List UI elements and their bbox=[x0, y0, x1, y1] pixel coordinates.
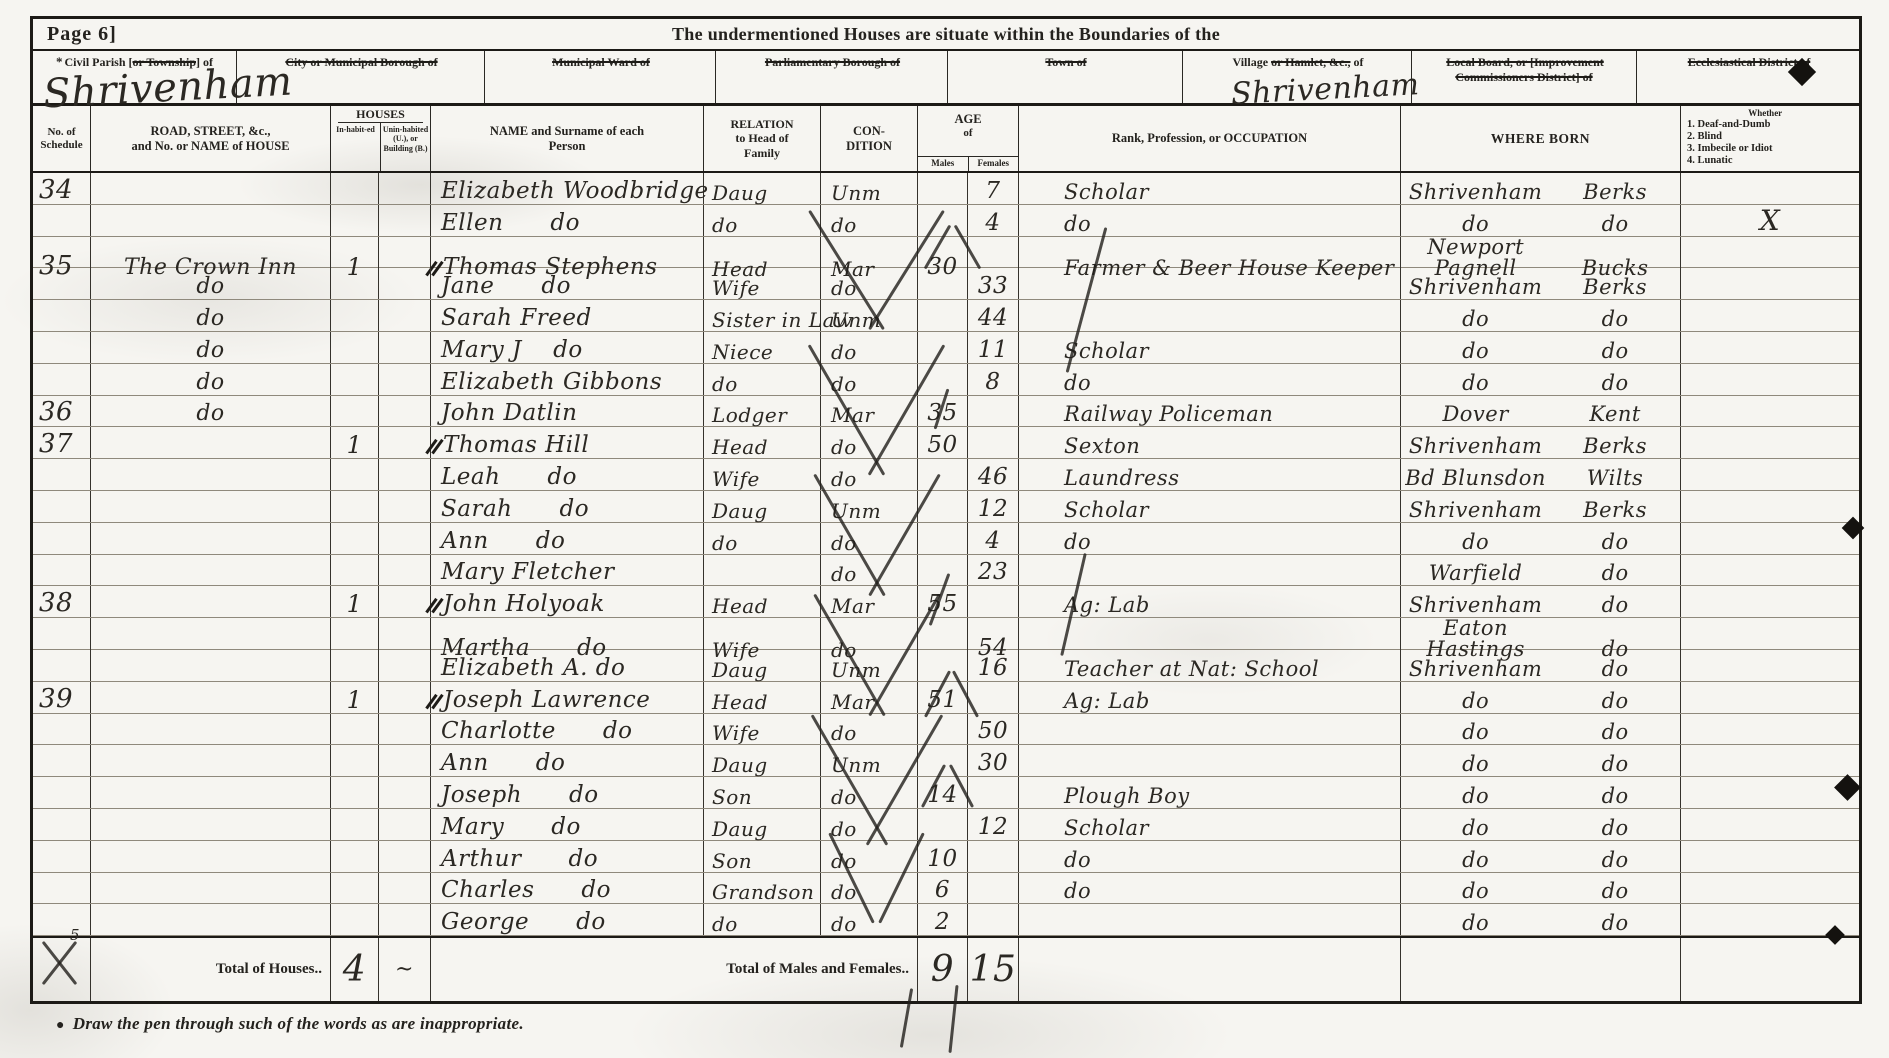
cell-road bbox=[91, 459, 331, 490]
cell-inhab bbox=[331, 268, 379, 299]
table-row: 35The Crown Inn1Thomas StephensHeadMar30… bbox=[33, 237, 1859, 269]
born-county: Kent bbox=[1550, 404, 1680, 425]
person-name: Mary J do bbox=[441, 339, 583, 362]
cell-uninhab bbox=[379, 873, 431, 904]
table-row: Martha doWifedo54Eaton Hastingsdo bbox=[33, 618, 1859, 650]
cell-name: Charles do bbox=[431, 873, 704, 904]
location-cell: Parliamentary Borough of bbox=[716, 51, 948, 103]
born-place: do bbox=[1401, 754, 1550, 775]
cell-relation: Daug bbox=[704, 745, 821, 776]
totals-houses-value: 4 bbox=[331, 938, 379, 1001]
cell-relation: Sister in Law bbox=[704, 300, 821, 331]
table-row: doSarah FreedSister in LawUnm44dodo bbox=[33, 300, 1859, 332]
born-county: do bbox=[1550, 341, 1680, 362]
cell-age-m bbox=[918, 173, 968, 204]
cell-relation: do bbox=[704, 904, 821, 935]
cell-age-f: 4 bbox=[968, 523, 1019, 554]
cell-uninhab bbox=[379, 173, 431, 204]
location-cell: *Civil Parish [or Township] ofShrivenham bbox=[33, 51, 237, 103]
cell-schedule bbox=[33, 650, 91, 681]
cell-age-m bbox=[918, 300, 968, 331]
house-start-mark bbox=[427, 598, 441, 616]
cell-name: Mary Fletcher bbox=[431, 555, 704, 586]
cell-road bbox=[91, 205, 331, 236]
table-row: doMary J doNiecedo11Scholardodo bbox=[33, 332, 1859, 364]
cell-occupation: do bbox=[1019, 523, 1401, 554]
cell-whether bbox=[1681, 650, 1859, 681]
cell-inhab: 1 bbox=[331, 427, 379, 458]
page-number-label: Page 6] bbox=[47, 23, 117, 46]
cell-inhab bbox=[331, 300, 379, 331]
cell-road bbox=[91, 809, 331, 840]
cell-uninhab bbox=[379, 650, 431, 681]
table-row: Arthur doSondo10dododo bbox=[33, 841, 1859, 873]
cell-occupation: Railway Policeman bbox=[1019, 396, 1401, 427]
location-label: Local Board, or [Improvement Commissione… bbox=[1416, 54, 1632, 85]
column-relation-line1: RELATION bbox=[730, 117, 793, 131]
location-label: Parliamentary Borough of bbox=[720, 54, 943, 70]
born-county: do bbox=[1550, 850, 1680, 871]
cell-name: Elizabeth Gibbons bbox=[431, 364, 704, 395]
born-county: do bbox=[1550, 786, 1680, 807]
cell-age-m bbox=[918, 523, 968, 554]
person-name: Ellen do bbox=[441, 212, 580, 235]
column-schedule-line1: No. of bbox=[47, 126, 75, 139]
cell-name: Ann do bbox=[431, 745, 704, 776]
cell-age-m bbox=[918, 555, 968, 586]
person-name: Thomas Hill bbox=[443, 434, 589, 457]
born-county: do bbox=[1550, 691, 1680, 712]
cell-born: dodo bbox=[1401, 777, 1681, 808]
column-houses-inhabited: In-habit-ed bbox=[331, 123, 381, 171]
cell-name: Joseph do bbox=[431, 777, 704, 808]
cell-occupation: Sexton bbox=[1019, 427, 1401, 458]
cell-schedule bbox=[33, 841, 91, 872]
cell-age-f bbox=[968, 777, 1019, 808]
cell-name: Joseph Lawrence bbox=[431, 682, 704, 713]
cell-relation: Wife bbox=[704, 459, 821, 490]
born-place: do bbox=[1401, 341, 1550, 362]
cell-inhab bbox=[331, 205, 379, 236]
table-row: Ann doDaugUnm30dodo bbox=[33, 745, 1859, 777]
column-where-born: WHERE BORN bbox=[1401, 106, 1681, 171]
table-row: Joseph doSondo14Plough Boydodo bbox=[33, 777, 1859, 809]
column-condition-line1: CON- bbox=[853, 124, 885, 139]
totals-row: Total of Houses.. 4 ~ Total of Males and… bbox=[33, 936, 1859, 1001]
person-name: Elizabeth Woodbridge bbox=[441, 180, 709, 203]
person-name: John Holyoak bbox=[443, 593, 605, 616]
cell-uninhab bbox=[379, 745, 431, 776]
cell-inhab bbox=[331, 523, 379, 554]
cell-born: ShrivenhamBerks bbox=[1401, 268, 1681, 299]
cell-uninhab bbox=[379, 841, 431, 872]
column-occupation-label: Rank, Profession, or OCCUPATION bbox=[1112, 131, 1307, 146]
column-occupation: Rank, Profession, or OCCUPATION bbox=[1019, 106, 1401, 171]
cell-relation: Son bbox=[704, 777, 821, 808]
cell-relation bbox=[704, 555, 821, 586]
cell-uninhab bbox=[379, 332, 431, 363]
cell-inhab bbox=[331, 555, 379, 586]
cell-age-f: 46 bbox=[968, 459, 1019, 490]
cell-age-m bbox=[918, 268, 968, 299]
cell-whether bbox=[1681, 586, 1859, 617]
cell-whether bbox=[1681, 523, 1859, 554]
cell-inhab bbox=[331, 904, 379, 935]
person-name: Mary Fletcher bbox=[441, 561, 615, 584]
person-name: Elizabeth Gibbons bbox=[441, 371, 662, 394]
table-row: Ann dododo4dododo bbox=[33, 523, 1859, 555]
footnote-bullet-icon: ● bbox=[56, 1018, 65, 1033]
column-name-line2: Person bbox=[549, 139, 586, 154]
born-place: do bbox=[1401, 691, 1550, 712]
cell-uninhab bbox=[379, 205, 431, 236]
cell-age-f bbox=[968, 904, 1019, 935]
cell-schedule bbox=[33, 205, 91, 236]
born-place: do bbox=[1401, 850, 1550, 871]
cell-uninhab bbox=[379, 491, 431, 522]
born-county: do bbox=[1550, 373, 1680, 394]
born-county: Berks bbox=[1550, 182, 1680, 203]
born-place: do bbox=[1401, 722, 1550, 743]
cell-whether bbox=[1681, 491, 1859, 522]
cell-schedule bbox=[33, 777, 91, 808]
cell-whether bbox=[1681, 173, 1859, 204]
cell-whether bbox=[1681, 555, 1859, 586]
cell-road bbox=[91, 904, 331, 935]
cell-road bbox=[91, 714, 331, 745]
cell-road: do bbox=[91, 364, 331, 395]
born-place: Shrivenham bbox=[1401, 436, 1550, 457]
totals-males-value: 9 bbox=[918, 938, 968, 1001]
column-condition-line2: DITION bbox=[846, 139, 892, 154]
column-age-group: AGE of Males Females bbox=[918, 106, 1019, 171]
cell-whether bbox=[1681, 268, 1859, 299]
cell-schedule bbox=[33, 364, 91, 395]
cell-schedule: 39 bbox=[33, 682, 91, 713]
born-county: do bbox=[1550, 722, 1680, 743]
column-age-males: Males bbox=[918, 157, 969, 171]
cell-born: dodo bbox=[1401, 904, 1681, 935]
person-name: Arthur do bbox=[441, 848, 598, 871]
cell-age-f: 4 bbox=[968, 205, 1019, 236]
cell-condition: Unm bbox=[821, 491, 918, 522]
footnote: ●Draw the pen through such of the words … bbox=[56, 1014, 524, 1034]
born-place: Dover bbox=[1401, 404, 1550, 425]
cell-uninhab bbox=[379, 427, 431, 458]
cell-inhab: 1 bbox=[331, 586, 379, 617]
column-whether-line3: 3. Imbecile or Idiot bbox=[1687, 143, 1773, 155]
cell-relation: Head bbox=[704, 427, 821, 458]
cell-born: DoverKent bbox=[1401, 396, 1681, 427]
cell-born: dodo bbox=[1401, 300, 1681, 331]
cell-whether bbox=[1681, 396, 1859, 427]
cell-road bbox=[91, 523, 331, 554]
cell-age-f bbox=[968, 873, 1019, 904]
location-label: Village or Hamlet, &c., of bbox=[1187, 54, 1407, 70]
table-row: 381John HolyoakHeadMar55Ag: LabShrivenha… bbox=[33, 586, 1859, 618]
cell-born: dodo bbox=[1401, 714, 1681, 745]
cell-age-m bbox=[918, 809, 968, 840]
born-place: Shrivenham bbox=[1401, 277, 1550, 298]
person-name: John Datlin bbox=[441, 402, 577, 425]
cell-age-m: 6 bbox=[918, 873, 968, 904]
born-place: Shrivenham bbox=[1401, 659, 1550, 680]
column-road-line1: ROAD, STREET, &c., bbox=[151, 124, 271, 139]
cell-uninhab bbox=[379, 714, 431, 745]
cell-relation: do bbox=[704, 523, 821, 554]
cell-born: Warfielddo bbox=[1401, 555, 1681, 586]
pen-scribble-number: 5 bbox=[70, 926, 80, 944]
cell-occupation: do bbox=[1019, 873, 1401, 904]
cell-name: Sarah do bbox=[431, 491, 704, 522]
cell-schedule bbox=[33, 873, 91, 904]
person-name: Ann do bbox=[441, 752, 565, 775]
born-place: Bd Blunsdon bbox=[1401, 468, 1550, 489]
cell-name: Arthur do bbox=[431, 841, 704, 872]
column-whether-disabilities: Whether 1. Deaf-and-Dumb 2. Blind 3. Imb… bbox=[1681, 106, 1859, 171]
cell-road bbox=[91, 650, 331, 681]
cell-inhab bbox=[331, 841, 379, 872]
cell-schedule: 36 bbox=[33, 396, 91, 427]
cell-born: ShrivenhamBerks bbox=[1401, 491, 1681, 522]
cell-age-f: 50 bbox=[968, 714, 1019, 745]
column-header-row: No. of Schedule ROAD, STREET, &c., and N… bbox=[33, 106, 1859, 173]
totals-whether-cell bbox=[1681, 938, 1859, 1001]
cell-name: Ann do bbox=[431, 523, 704, 554]
cell-uninhab bbox=[379, 904, 431, 935]
cell-uninhab bbox=[379, 523, 431, 554]
cell-inhab bbox=[331, 873, 379, 904]
cell-born: Bd BlunsdonWilts bbox=[1401, 459, 1681, 490]
table-row: Charlotte doWifedo50dodo bbox=[33, 714, 1859, 746]
cell-occupation: Plough Boy bbox=[1019, 777, 1401, 808]
cell-road bbox=[91, 841, 331, 872]
cell-relation: Daug bbox=[704, 173, 821, 204]
table-row: 34Elizabeth WoodbridgeDaugUnm7ScholarShr… bbox=[33, 173, 1859, 205]
cell-road bbox=[91, 745, 331, 776]
cell-age-f bbox=[968, 841, 1019, 872]
cell-occupation bbox=[1019, 904, 1401, 935]
location-cell: Town of bbox=[948, 51, 1183, 103]
column-relation-line2: to Head of bbox=[735, 131, 788, 145]
cell-born: dodo bbox=[1401, 841, 1681, 872]
totals-born-cell bbox=[1401, 938, 1681, 1001]
table-row: George dododo2dodo bbox=[33, 904, 1859, 936]
cell-whether bbox=[1681, 682, 1859, 713]
cell-schedule bbox=[33, 300, 91, 331]
table-row: Leah doWifedo46LaundressBd BlunsdonWilts bbox=[33, 459, 1859, 491]
cell-relation: Lodger bbox=[704, 396, 821, 427]
cell-uninhab bbox=[379, 777, 431, 808]
cell-road bbox=[91, 427, 331, 458]
table-row: 391Joseph LawrenceHeadMar51Ag: Labdodo bbox=[33, 682, 1859, 714]
cell-inhab bbox=[331, 745, 379, 776]
cell-whether bbox=[1681, 745, 1859, 776]
cell-name: John Holyoak bbox=[431, 586, 704, 617]
cell-age-f: 7 bbox=[968, 173, 1019, 204]
born-county: do bbox=[1550, 532, 1680, 553]
house-start-mark bbox=[427, 439, 441, 457]
person-name: Joseph do bbox=[441, 784, 599, 807]
location-cell: Local Board, or [Improvement Commissione… bbox=[1412, 51, 1637, 103]
cell-road: do bbox=[91, 332, 331, 363]
cell-name: Ellen do bbox=[431, 205, 704, 236]
totals-houses-extra-mark: ~ bbox=[379, 938, 431, 1001]
column-road: ROAD, STREET, &c., and No. or NAME of HO… bbox=[91, 106, 331, 171]
cell-name: Elizabeth A. do bbox=[431, 650, 704, 681]
cell-uninhab bbox=[379, 364, 431, 395]
cell-schedule bbox=[33, 268, 91, 299]
cell-uninhab bbox=[379, 268, 431, 299]
column-age-of: of bbox=[963, 127, 972, 157]
cell-whether bbox=[1681, 841, 1859, 872]
cell-uninhab bbox=[379, 459, 431, 490]
cell-whether bbox=[1681, 809, 1859, 840]
born-county: do bbox=[1550, 563, 1680, 584]
person-name: Joseph Lawrence bbox=[443, 689, 650, 712]
table-row: Mary doDaugdo12Scholardodo bbox=[33, 809, 1859, 841]
cell-occupation: Scholar bbox=[1019, 491, 1401, 522]
cell-name: Jane do bbox=[431, 268, 704, 299]
cell-relation: Niece bbox=[704, 332, 821, 363]
cell-born: Shrivenhamdo bbox=[1401, 650, 1681, 681]
column-name: NAME and Surname of each Person bbox=[431, 106, 704, 171]
person-name: Ann do bbox=[441, 530, 565, 553]
cell-relation: Head bbox=[704, 586, 821, 617]
born-county: do bbox=[1550, 913, 1680, 934]
totals-males-females-label: Total of Males and Females.. bbox=[431, 938, 918, 1001]
totals-females-value: 15 bbox=[968, 938, 1019, 1001]
location-cell: Municipal Ward of bbox=[485, 51, 716, 103]
totals-occupation-cell bbox=[1019, 938, 1401, 1001]
cell-inhab bbox=[331, 173, 379, 204]
cell-relation: Daug bbox=[704, 650, 821, 681]
cell-whether bbox=[1681, 332, 1859, 363]
born-place: Shrivenham bbox=[1401, 182, 1550, 203]
scanned-census-page: Page 6] The undermentioned Houses are si… bbox=[0, 0, 1889, 1058]
column-relation-line3: Family bbox=[744, 146, 780, 160]
cell-schedule: 37 bbox=[33, 427, 91, 458]
form-frame: Page 6] The undermentioned Houses are si… bbox=[30, 16, 1862, 1004]
cell-born: dodo bbox=[1401, 873, 1681, 904]
cell-age-f bbox=[968, 586, 1019, 617]
column-condition: CON- DITION bbox=[821, 106, 918, 171]
column-houses-uninhabited: Unin-habited (U.), or Building (B.) bbox=[381, 123, 430, 171]
cell-condition: do bbox=[821, 332, 918, 363]
cell-age-f: 11 bbox=[968, 332, 1019, 363]
cell-occupation: Scholar bbox=[1019, 809, 1401, 840]
cell-occupation bbox=[1019, 300, 1401, 331]
cell-uninhab bbox=[379, 555, 431, 586]
cell-uninhab bbox=[379, 586, 431, 617]
cell-age-f bbox=[968, 396, 1019, 427]
cell-relation: Wife bbox=[704, 714, 821, 745]
cell-age-m: 2 bbox=[918, 904, 968, 935]
born-county: do bbox=[1550, 214, 1680, 235]
cell-occupation: do bbox=[1019, 205, 1401, 236]
cell-uninhab bbox=[379, 682, 431, 713]
cell-born: dodo bbox=[1401, 682, 1681, 713]
cell-inhab bbox=[331, 809, 379, 840]
cell-occupation: Teacher at Nat: School bbox=[1019, 650, 1401, 681]
cell-relation: Son bbox=[704, 841, 821, 872]
cell-schedule bbox=[33, 555, 91, 586]
totals-houses-label: Total of Houses.. bbox=[91, 938, 331, 1001]
born-county: Berks bbox=[1550, 500, 1680, 521]
cell-born: dodo bbox=[1401, 809, 1681, 840]
cell-name: Leah do bbox=[431, 459, 704, 490]
column-schedule-line2: Schedule bbox=[40, 139, 82, 152]
born-place: do bbox=[1401, 214, 1550, 235]
cell-age-f: 33 bbox=[968, 268, 1019, 299]
cell-age-m bbox=[918, 459, 968, 490]
cell-relation: Daug bbox=[704, 809, 821, 840]
cell-occupation: Laundress bbox=[1019, 459, 1401, 490]
cell-age-f: 16 bbox=[968, 650, 1019, 681]
born-place: do bbox=[1401, 913, 1550, 934]
cell-road bbox=[91, 173, 331, 204]
cell-condition: do bbox=[821, 714, 918, 745]
cell-schedule: 34 bbox=[33, 173, 91, 204]
location-cell: Village or Hamlet, &c., ofShrivenham bbox=[1183, 51, 1412, 103]
born-county: do bbox=[1550, 754, 1680, 775]
cell-born: ShrivenhamBerks bbox=[1401, 173, 1681, 204]
cell-relation: Wife bbox=[704, 268, 821, 299]
column-whether-title: Whether bbox=[1687, 108, 1843, 119]
house-start-mark bbox=[427, 694, 441, 712]
cell-occupation bbox=[1019, 714, 1401, 745]
location-label: Town of bbox=[952, 54, 1178, 70]
cell-condition: Unm bbox=[821, 173, 918, 204]
column-whether-line2: 2. Blind bbox=[1687, 131, 1722, 143]
cell-inhab bbox=[331, 714, 379, 745]
cell-schedule bbox=[33, 904, 91, 935]
person-name: Charlotte do bbox=[441, 720, 633, 743]
cell-age-m: 50 bbox=[918, 427, 968, 458]
cell-road bbox=[91, 873, 331, 904]
column-relation: RELATION to Head of Family bbox=[704, 106, 821, 171]
title-row: Page 6] The undermentioned Houses are si… bbox=[33, 19, 1859, 51]
born-place: do bbox=[1401, 818, 1550, 839]
cell-age-f: 23 bbox=[968, 555, 1019, 586]
cell-schedule bbox=[33, 523, 91, 554]
cell-occupation: do bbox=[1019, 364, 1401, 395]
cell-name: Charlotte do bbox=[431, 714, 704, 745]
cell-inhab bbox=[331, 332, 379, 363]
cell-born: dodo bbox=[1401, 523, 1681, 554]
cell-occupation: do bbox=[1019, 841, 1401, 872]
cell-schedule bbox=[33, 332, 91, 363]
born-county: Berks bbox=[1550, 277, 1680, 298]
form-title: The undermentioned Houses are situate wi… bbox=[33, 24, 1859, 45]
born-place: do bbox=[1401, 532, 1550, 553]
cell-whether: X bbox=[1681, 205, 1859, 236]
cell-age-m bbox=[918, 745, 968, 776]
born-place: do bbox=[1401, 786, 1550, 807]
cell-relation: Daug bbox=[704, 491, 821, 522]
cell-age-f: 44 bbox=[968, 300, 1019, 331]
cell-occupation: Ag: Lab bbox=[1019, 682, 1401, 713]
cell-inhab bbox=[331, 491, 379, 522]
born-county: Wilts bbox=[1550, 468, 1680, 489]
born-place: do bbox=[1401, 881, 1550, 902]
cell-born: dodo bbox=[1401, 745, 1681, 776]
cell-whether bbox=[1681, 714, 1859, 745]
cell-occupation bbox=[1019, 745, 1401, 776]
cell-relation: Grandson bbox=[704, 873, 821, 904]
cell-inhab bbox=[331, 364, 379, 395]
cell-whether bbox=[1681, 364, 1859, 395]
